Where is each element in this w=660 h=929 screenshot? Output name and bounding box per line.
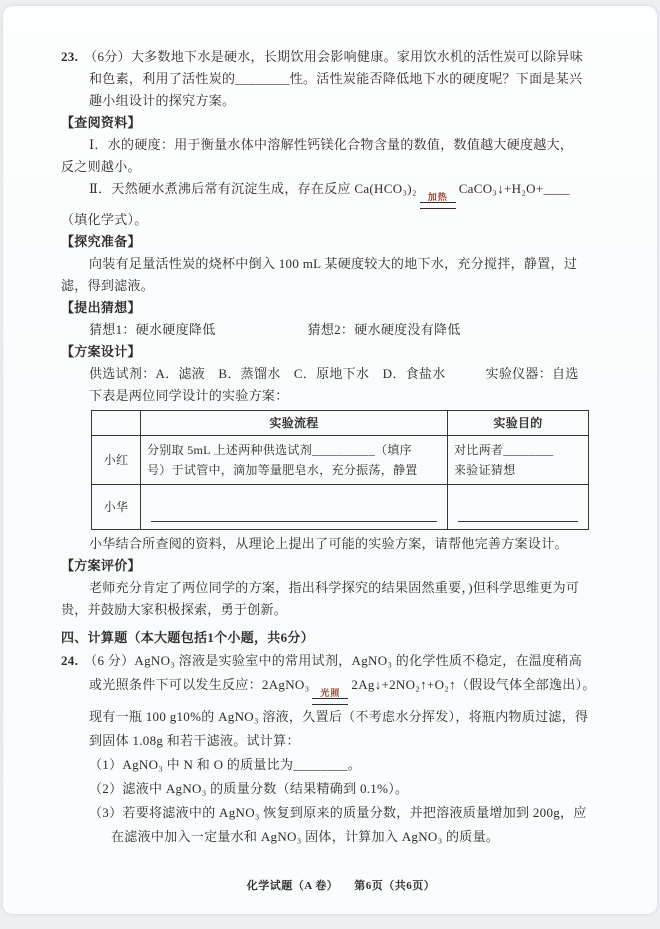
q23-intro-text1: （6分）大多数地下水是硬水，长期饮用会影响健康。家用饮水机的活性炭可以除异味	[84, 49, 583, 64]
table-header-purpose: 实验目的	[448, 411, 589, 436]
equation2-lhs: 或光照条件下可以发生反应：2AgNO₃	[89, 677, 309, 692]
footer-page-label: 第6页（共6页）	[354, 875, 435, 897]
evaluation-line2: 贵，并鼓励大家积极探索，勇于创新。	[61, 599, 621, 621]
q23-intro-line3: 趣小组设计的探究方案。	[61, 90, 621, 112]
q24-number: 24.	[61, 653, 78, 668]
table-header-row: 实验流程 实验目的	[92, 411, 589, 436]
apparatus-note: 实验仪器：自选	[486, 363, 579, 385]
xiaohong-purpose-line1: 对比两者________	[454, 440, 582, 460]
page-content: 23.（6分）大多数地下水是硬水，长期饮用会影响健康。家用饮水机的活性炭可以除异…	[61, 46, 621, 897]
equation1-lhs: Ⅱ．天然硬水煮沸后常有沉淀生成，存在反应 Ca(HCO₃)₂	[89, 181, 417, 196]
table-header-process: 实验流程	[141, 411, 448, 436]
xiaohua-purpose-cell	[448, 485, 589, 530]
section-header-guesses: 【提出猜想】	[61, 297, 621, 319]
section-header-design: 【方案设计】	[61, 341, 621, 363]
guess-1: 猜想1：硬水硬度降低	[89, 319, 216, 341]
heated-double-arrow: 加热	[420, 192, 456, 209]
preparation-line1: 向装有足量活性炭的烧杯中倒入 100 mL 某硬度较大的地下水，充分搅拌，静置，…	[61, 253, 621, 275]
double-line-icon	[312, 698, 348, 705]
equation2-condition-label: 光照	[320, 688, 340, 698]
q24-subquestion-2: （2）滤液中 AgNO₃ 的质量分数（结果精确到 0.1%）。	[61, 777, 621, 801]
light-double-arrow: 光照	[312, 688, 348, 705]
q23-intro-line1: 23.（6分）大多数地下水是硬水，长期饮用会影响健康。家用饮水机的活性炭可以除异…	[61, 46, 621, 68]
section-header-evaluation: 【方案评价】	[61, 555, 621, 577]
q24-line1: 24.（6 分）AgNO₃ 溶液是实验室中的常用试剂，AgNO₃ 的化学性质不稳…	[61, 649, 621, 673]
table-intro: 下表是两位同学设计的实验方案：	[61, 385, 621, 407]
design-reagents-row: 供选试剂：A．滤液 B．蒸馏水 C．原地下水 D．食盐水 实验仪器：自选	[61, 363, 621, 385]
guess-2: 猜想2：硬水硬度没有降低	[308, 319, 461, 341]
equation2-rhs: 2Ag↓+2NO₂↑+O₂↑（假设气体全部逸出）。	[351, 677, 595, 692]
q24-line1-text: （6 分）AgNO₃ 溶液是实验室中的常用试剂，AgNO₃ 的化学性质不稳定，在…	[84, 653, 582, 668]
section-iv-header: 四、计算题（本大题包括1个小题，共6分）	[61, 627, 621, 649]
q23-intro-line2: 和色素，利用了活性炭的________性。活性炭能否降低地下水的硬度呢？下面是某…	[61, 68, 621, 90]
xiaohua-name-cell: 小华	[92, 485, 141, 530]
answer-blank-line	[151, 521, 437, 522]
q24-subquestion-3-line2: 在滤液中加入一定量水和 AgNO₃ 固体，计算加入 AgNO₃ 的质量。	[61, 825, 621, 849]
answer-blank-line	[458, 521, 578, 522]
guesses-row: 猜想1：硬水硬度降低 猜想2：硬水硬度没有降低	[61, 319, 621, 341]
section-header-reference: 【查阅资料】	[61, 112, 621, 134]
double-line-icon	[420, 202, 456, 209]
q24-line3: 现有一瓶 100 g10%的 AgNO₃ 溶液，久置后（不考虑水分挥发），将瓶内…	[61, 705, 621, 729]
after-table-note: 小华结合所查阅的资料，从理论上提出了可能的实验方案，请帮他完善方案设计。	[61, 533, 621, 555]
page-footer: 化学试题（A 卷） 第6页（共6页）	[61, 875, 621, 897]
q24-block: 24.（6 分）AgNO₃ 溶液是实验室中的常用试剂，AgNO₃ 的化学性质不稳…	[61, 649, 621, 849]
q24-subquestion-1: （1）AgNO₃ 中 N 和 O 的质量比为________。	[61, 753, 621, 777]
xiaohong-process-line1: 分别取 5mL 上述两种供选试剂__________（填序	[147, 440, 441, 460]
q24-equation-line: 或光照条件下可以发生反应：2AgNO₃光照2Ag↓+2NO₂↑+O₂↑（假设气体…	[61, 673, 621, 705]
q24-subquestion-3-line1: （3）若要将滤液中的 AgNO₃ 恢复到原来的质量分数，并把溶液质量增加到 20…	[61, 801, 621, 825]
xiaohong-process-cell: 分别取 5mL 上述两种供选试剂__________（填序 号）于试管中，滴加等…	[141, 436, 448, 485]
xiaohong-process-line2: 号）于试管中，滴加等量肥皂水，充分振荡，静置	[147, 460, 441, 480]
reference-item2-equation-line: Ⅱ．天然硬水煮沸后常有沉淀生成，存在反应 Ca(HCO₃)₂加热CaCO₃↓+H…	[61, 178, 621, 209]
table-header-empty-cell	[92, 411, 141, 436]
exam-paper-page: 23.（6分）大多数地下水是硬水，长期饮用会影响健康。家用饮水机的活性炭可以除异…	[3, 6, 657, 914]
reference-item1-line2: 反之则越小。	[61, 156, 621, 178]
experiment-design-table: 实验流程 实验目的 小红 分别取 5mL 上述两种供选试剂__________（…	[91, 410, 589, 530]
footer-doc-label: 化学试题（A 卷）	[247, 875, 339, 897]
equation1-rhs: CaCO₃↓+H₂O+	[459, 181, 544, 196]
q23-number: 23.	[61, 49, 78, 64]
preparation-line2: 滤，得到滤液。	[61, 275, 621, 297]
section-header-preparation: 【探究准备】	[61, 231, 621, 253]
xiaohua-process-cell	[141, 485, 448, 530]
table-row-xiaohong: 小红 分别取 5mL 上述两种供选试剂__________（填序 号）于试管中，…	[92, 436, 589, 485]
equation1-answer-blank: ____	[544, 181, 570, 196]
xiaohong-name-cell: 小红	[92, 436, 141, 485]
xiaohong-purpose-cell: 对比两者________ 来验证猜想	[448, 436, 589, 485]
q24-line4: 到固体 1.08g 和若干滤液。试计算：	[61, 729, 621, 753]
equation1-condition-label: 加热	[428, 192, 448, 202]
reference-item1-line1: Ⅰ．水的硬度：用于衡量水体中溶解性钙镁化合物含量的数值，数值越大硬度越大，	[61, 134, 621, 156]
reagent-options: 供选试剂：A．滤液 B．蒸馏水 C．原地下水 D．食盐水	[89, 363, 446, 385]
evaluation-line1: 老师充分肯定了两位同学的方案，指出科学探究的结果固然重要，)但科学思维更为可	[61, 577, 621, 599]
reference-item2-note: （填化学式）。	[61, 209, 621, 231]
table-row-xiaohua: 小华	[92, 485, 589, 530]
xiaohong-purpose-line2: 来验证猜想	[454, 460, 582, 480]
